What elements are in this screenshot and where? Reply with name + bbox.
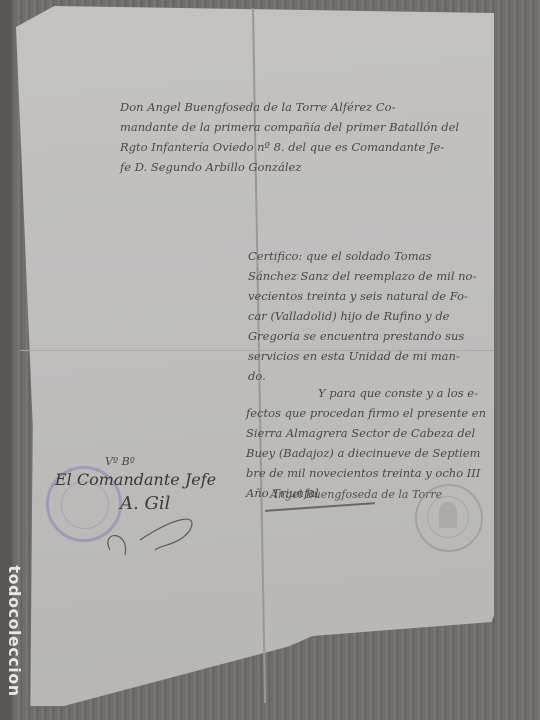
closing-line: Y para que conste y a los e- bbox=[246, 383, 496, 403]
cert-line: Certifico: que el soldado Tomas bbox=[248, 246, 496, 266]
intro-line: Don Angel Buengfoseda de la Torre Alfére… bbox=[110, 97, 495, 117]
cert-line: Sánchez Sanz del reemplazo de mil no- bbox=[248, 266, 496, 286]
commander-title: El Comandante Jefe bbox=[55, 470, 216, 489]
cert-line: vecientos treinta y seis natural de Fo- bbox=[248, 286, 496, 306]
intro-line: fe D. Segundo Arbillo González bbox=[110, 157, 495, 177]
visto-bueno-label: Vº Bº bbox=[105, 455, 135, 468]
closing-line: Buey (Badajoz) a diecinueve de Septiem bbox=[246, 443, 496, 463]
intro-line: Rgto Infantería Oviedo nº 8. del que es … bbox=[110, 137, 495, 157]
official-seal-stamp bbox=[415, 484, 483, 552]
cert-line: servicios en esta Unidad de mi man- bbox=[248, 346, 496, 366]
closing-line: fectos que procedan firmo el presente en bbox=[246, 403, 496, 423]
officer-signature: Angel Buengfoseda de la Torre bbox=[270, 488, 442, 501]
closing-line: Sierra Almagrera Sector de Cabeza del bbox=[246, 423, 496, 443]
intro-line: mandante de la primera compañía del prim… bbox=[110, 117, 495, 137]
coat-of-arms-icon bbox=[439, 502, 457, 528]
watermark-text: todocoleccion bbox=[2, 556, 24, 706]
intro-paragraph: Don Angel Buengfoseda de la Torre Alfére… bbox=[110, 97, 495, 177]
closing-line: bre de mil novecientos treinta y ocho II… bbox=[246, 463, 496, 483]
cert-line: car (Valladolid) hijo de Rufino y de bbox=[248, 306, 496, 326]
cert-line: Gregoria se encuentra prestando sus bbox=[248, 326, 496, 346]
signature-flourish-icon bbox=[100, 500, 210, 560]
certification-paragraph: Certifico: que el soldado Tomas Sánchez … bbox=[248, 246, 496, 386]
